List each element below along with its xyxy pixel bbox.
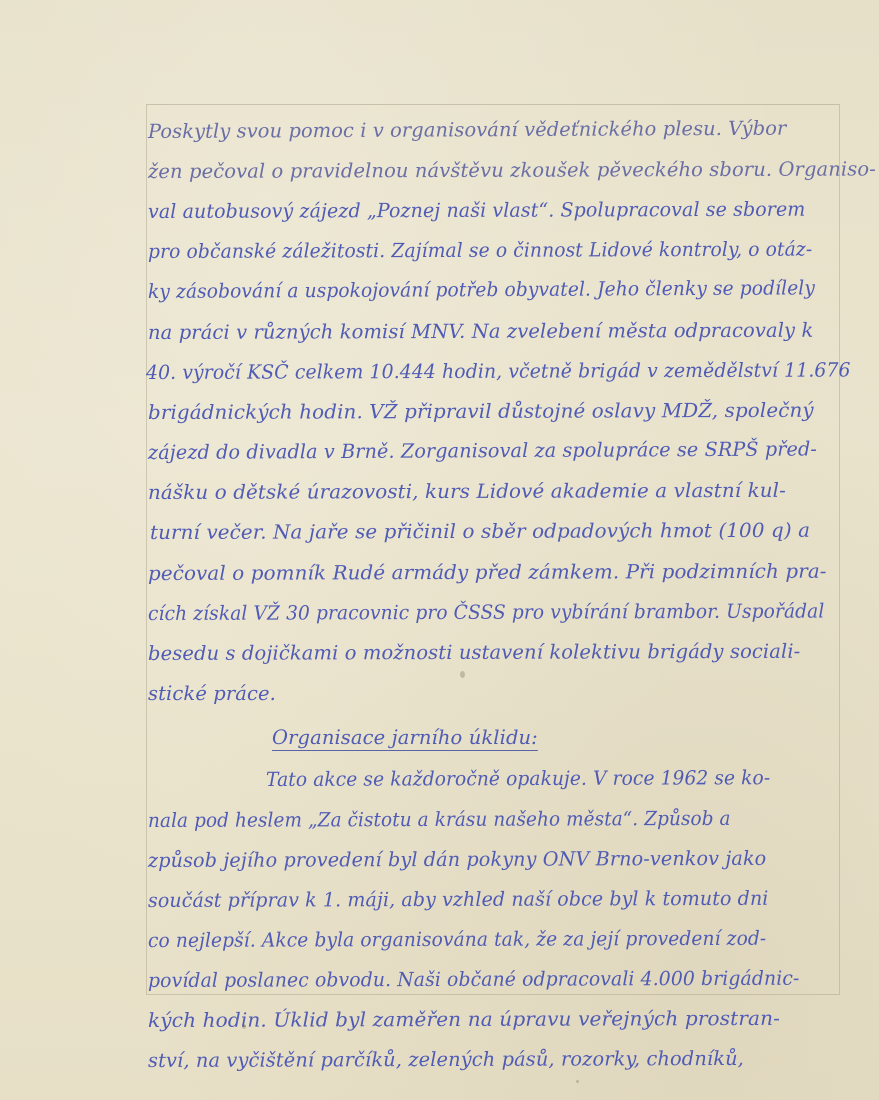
document-page: Poskytly svou pomoc i v organisování věd… bbox=[0, 0, 879, 1100]
text-line: způsob jejího provedení byl dán pokyny O… bbox=[148, 847, 766, 872]
text-line: zájezd do divadla v Brně. Zorganisoval z… bbox=[148, 437, 817, 464]
text-line: nášku o dětské úrazovosti, kurs Lidové a… bbox=[148, 479, 786, 504]
paper-speck bbox=[460, 671, 465, 678]
section-heading: Organisace jarního úklidu: bbox=[272, 726, 538, 749]
text-line: žen pečoval o pravidelnou návštěvu zkouš… bbox=[148, 157, 876, 183]
text-line: turní večer. Na jaře se přičinil o sběr … bbox=[150, 519, 810, 544]
text-line: val autobusový zájezd „Poznej naši vlast… bbox=[148, 198, 805, 223]
text-line: součást příprav k 1. máji, aby vzhled na… bbox=[148, 887, 769, 912]
paper-speck bbox=[576, 1080, 579, 1083]
text-line: stické práce. bbox=[148, 682, 276, 705]
text-line: ky zásobování a uspokojování potřeb obyv… bbox=[148, 276, 815, 303]
text-line: pro občanské záležitosti. Zajímal se o č… bbox=[148, 238, 812, 263]
text-line: besedu s dojičkami o možnosti ustavení k… bbox=[148, 640, 800, 665]
text-line: cích získal VŽ 30 pracovnic pro ČSSS pro… bbox=[148, 600, 824, 625]
text-line: pečoval o pomník Rudé armády před zámkem… bbox=[148, 560, 827, 585]
text-line: Poskytly svou pomoc i v organisování věd… bbox=[148, 117, 786, 143]
text-line: co nejlepší. Akce byla organisována tak,… bbox=[148, 927, 766, 952]
paper-speck bbox=[242, 1024, 246, 1029]
text-line: na práci v různých komisí MNV. Na zveleb… bbox=[148, 319, 813, 344]
text-line: Tato akce se každoročně opakuje. V roce … bbox=[266, 766, 770, 791]
text-line: nala pod heslem „Za čistotu a krásu naše… bbox=[148, 807, 731, 832]
text-line: 40. výročí KSČ celkem 10.444 hodin, včet… bbox=[146, 358, 851, 384]
text-line: ství, na vyčištění parčíků, zelených pás… bbox=[148, 1047, 744, 1072]
text-line: povídal poslanec obvodu. Naši občané odp… bbox=[148, 967, 799, 992]
text-line: brigádnických hodin. VŽ připravil důstoj… bbox=[148, 399, 814, 424]
